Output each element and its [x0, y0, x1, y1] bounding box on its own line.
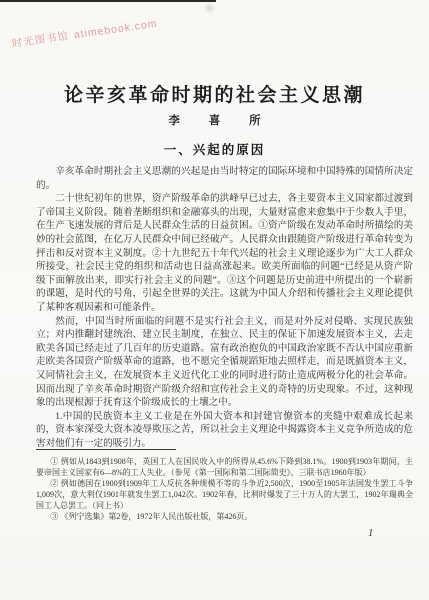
article-title: 论辛亥革命时期的社会主义思潮: [0, 80, 429, 107]
footnote-divider: [36, 449, 176, 450]
watermark: 时光图书馆atimebook.com: [11, 16, 158, 51]
footnotes: ① 例如从1843到1908年，英国工人在国民收入中的所得从45.6%下降到38…: [36, 456, 413, 522]
body-paragraph: 然而，中国当时所面临的问题不是实行社会主义，而是对外反对侵略、实现民族独立；对内…: [36, 315, 413, 410]
article-body: 辛亥革命时期社会主义思潮的兴起是由当时特定的国际环境和中国特殊的国情所决定的。 …: [36, 165, 413, 450]
watermark-domain-text: atimebook.com: [73, 18, 158, 42]
document-page: 时光图书馆atimebook.com 论辛亥革命时期的社会主义思潮 李 喜 所 …: [0, 0, 429, 600]
section-heading: 一、兴起的原因: [0, 140, 429, 158]
footnote-item: ③ 《列宁选集》第2卷，1972年人民出版社版，第426页。: [36, 511, 413, 522]
watermark-cn-text: 时光图书馆: [11, 30, 70, 50]
footnote-item: ① 例如从1843到1908年，英国工人在国民收入中的所得从45.6%下降到38…: [36, 456, 413, 478]
body-paragraph: 1.中国的民族资本主义工业是在外国大资本和封建官僚资本的夹缝中艰难成长起来的，资…: [36, 410, 413, 451]
author-name: 李 喜 所: [0, 112, 429, 128]
body-paragraph: 辛亥革命时期社会主义思潮的兴起是由当时特定的国际环境和中国特殊的国情所决定的。: [36, 165, 413, 192]
scan-smudge: [203, 2, 216, 14]
page-number: 1: [368, 528, 373, 539]
footnote-item: ② 例如德国在1900到1909年工人反抗各种规模不等的斗争近2,500次，19…: [36, 478, 413, 511]
scan-edge-line: [0, 0, 216, 2]
body-paragraph: 二十世纪初年的世界，资产阶级革命的洪峰早已过去，各主要资本主义国家都过渡到了帝国…: [36, 192, 413, 314]
